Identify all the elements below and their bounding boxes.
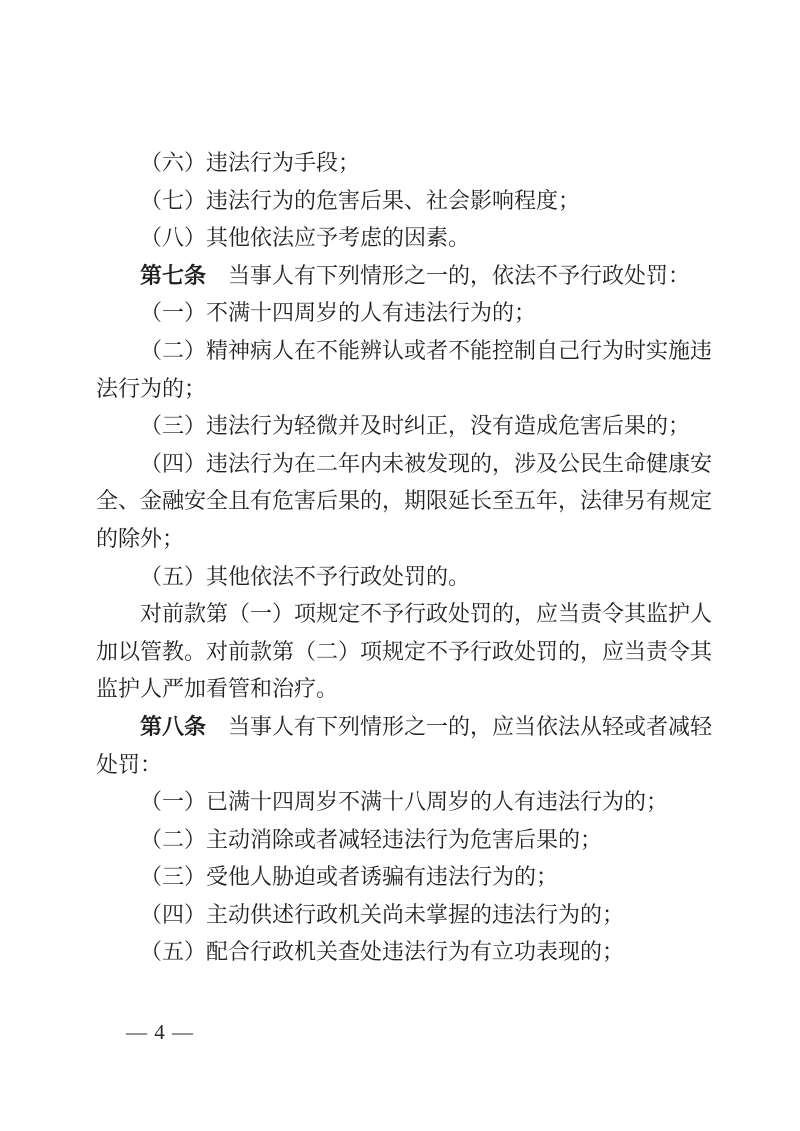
line-text: （一）已满十四周岁不满十八周岁的人有违法行为的；: [140, 789, 668, 814]
text-line: （八）其他依法应予考虑的因素。: [96, 219, 716, 257]
text-line: 对前款第（一）项规定不予行政处罚的，应当责令其监护人: [96, 595, 716, 633]
line-text: 当事人有下列情形之一的，依法不予行政处罚：: [206, 263, 690, 288]
text-line: （四）违法行为在二年内未被发现的，涉及公民生命健康安: [96, 445, 716, 483]
text-line: （六）违法行为手段；: [96, 144, 716, 182]
text-line: （一）不满十四周岁的人有违法行为的；: [96, 294, 716, 332]
line-text: （二）精神病人在不能辨认或者不能控制自己行为时实施违: [140, 338, 712, 363]
line-text: 监护人严加看管和治疗。: [96, 676, 338, 701]
text-line: 第七条 当事人有下列情形之一的，依法不予行政处罚：: [96, 257, 716, 295]
article-number: 第八条: [140, 714, 206, 739]
article-number: 第七条: [140, 263, 206, 288]
text-line: 第八条 当事人有下列情形之一的，应当依法从轻或者减轻: [96, 708, 716, 746]
text-line: （三）受他人胁迫或者诱骗有违法行为的；: [96, 858, 716, 896]
text-line: （一）已满十四周岁不满十八周岁的人有违法行为的；: [96, 783, 716, 821]
text-line: 监护人严加看管和治疗。: [96, 670, 716, 708]
line-text: （五）其他依法不予行政处罚的。: [140, 564, 470, 589]
line-text: 当事人有下列情形之一的，应当依法从轻或者减轻: [206, 714, 712, 739]
text-line: 法行为的；: [96, 370, 716, 408]
text-line: 加以管教。对前款第（二）项规定不予行政处罚的，应当责令其: [96, 633, 716, 671]
text-line: （二）主动消除或者减轻违法行为危害后果的；: [96, 821, 716, 859]
text-line: （四）主动供述行政机关尚未掌握的违法行为的；: [96, 896, 716, 934]
line-text: （二）主动消除或者减轻违法行为危害后果的；: [140, 827, 602, 852]
line-text: （三）受他人胁迫或者诱骗有违法行为的；: [140, 864, 558, 889]
text-line: （五）配合行政机关查处违法行为有立功表现的；: [96, 933, 716, 971]
line-text: 的除外；: [96, 526, 184, 551]
page-number: — 4 —: [126, 1020, 194, 1045]
line-text: 加以管教。对前款第（二）项规定不予行政处罚的，应当责令其: [96, 639, 712, 664]
line-text: 处罚：: [96, 752, 162, 777]
text-line: 的除外；: [96, 520, 716, 558]
line-text: 法行为的；: [96, 376, 206, 401]
text-line: 全、金融安全且有危害后果的，期限延长至五年，法律另有规定: [96, 482, 716, 520]
line-text: （六）违法行为手段；: [140, 150, 360, 175]
text-line: （五）其他依法不予行政处罚的。: [96, 558, 716, 596]
document-page: （六）违法行为手段；（七）违法行为的危害后果、社会影响程度；（八）其他依法应予考…: [0, 0, 800, 1131]
line-text: 对前款第（一）项规定不予行政处罚的，应当责令其监护人: [140, 601, 712, 626]
line-text: （八）其他依法应予考虑的因素。: [140, 225, 470, 250]
text-line: （三）违法行为轻微并及时纠正，没有造成危害后果的；: [96, 407, 716, 445]
line-text: （一）不满十四周岁的人有违法行为的；: [140, 300, 536, 325]
line-text: （五）配合行政机关查处违法行为有立功表现的；: [140, 939, 624, 964]
text-line: 处罚：: [96, 746, 716, 784]
text-line: （二）精神病人在不能辨认或者不能控制自己行为时实施违: [96, 332, 716, 370]
document-body: （六）违法行为手段；（七）违法行为的危害后果、社会影响程度；（八）其他依法应予考…: [96, 144, 716, 971]
line-text: （四）主动供述行政机关尚未掌握的违法行为的；: [140, 902, 624, 927]
line-text: （四）违法行为在二年内未被发现的，涉及公民生命健康安: [140, 451, 712, 476]
line-text: （三）违法行为轻微并及时纠正，没有造成危害后果的；: [140, 413, 690, 438]
line-text: （七）违法行为的危害后果、社会影响程度；: [140, 188, 580, 213]
text-line: （七）违法行为的危害后果、社会影响程度；: [96, 182, 716, 220]
line-text: 全、金融安全且有危害后果的，期限延长至五年，法律另有规定: [96, 488, 712, 513]
